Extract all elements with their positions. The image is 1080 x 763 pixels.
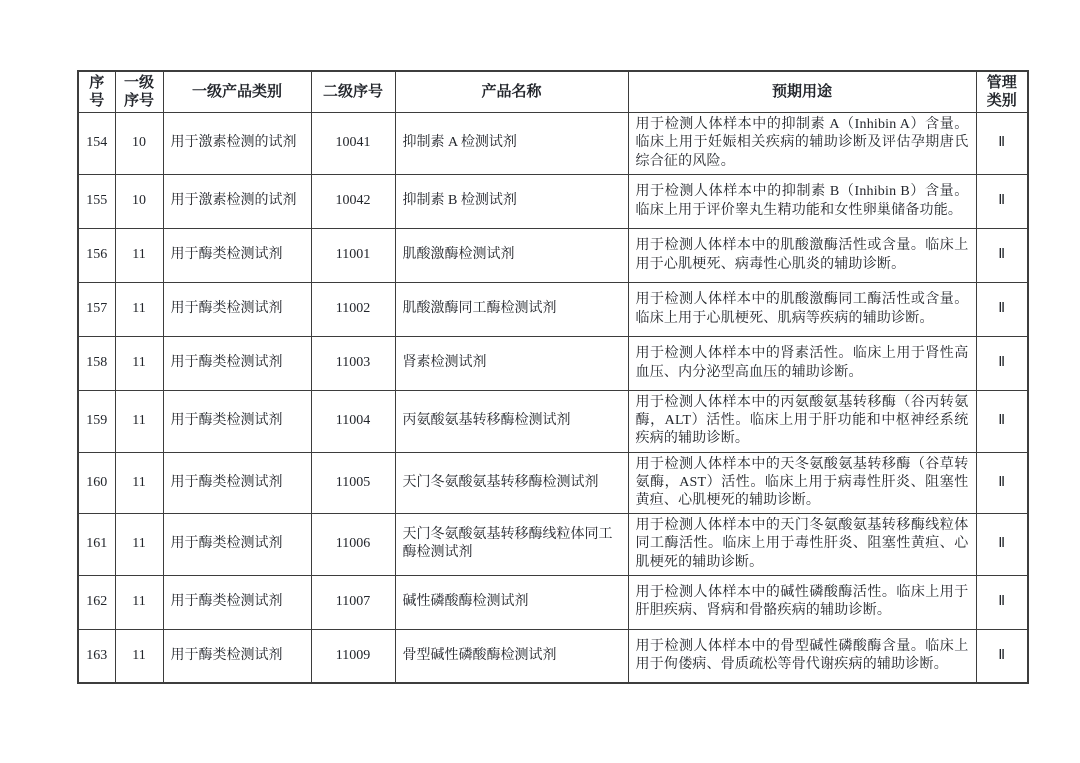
cell-level2-no: 10041 bbox=[311, 113, 395, 175]
cell-level1-no: 11 bbox=[115, 452, 163, 514]
cell-serial-no: 157 bbox=[78, 283, 115, 337]
cell-intended-use: 用于检测人体样本中的肌酸激酶活性或含量。临床上用于心肌梗死、病毒性心肌炎的辅助诊… bbox=[628, 229, 976, 283]
cell-level1-no: 10 bbox=[115, 113, 163, 175]
col-header-product-name: 产品名称 bbox=[395, 71, 628, 113]
table-row: 161 11 用于酶类检测试剂 11006 天门冬氨酸氨基转移酶线粒体同工酶检测… bbox=[78, 514, 1028, 576]
cell-product-name: 肌酸激酶同工酶检测试剂 bbox=[395, 283, 628, 337]
cell-level1-no: 11 bbox=[115, 229, 163, 283]
header-row: 序号 一级序号 一级产品类别 二级序号 产品名称 预期用途 管理类别 bbox=[78, 71, 1028, 113]
table-row: 159 11 用于酶类检测试剂 11004 丙氨酸氨基转移酶检测试剂 用于检测人… bbox=[78, 391, 1028, 453]
col-header-management-class: 管理类别 bbox=[976, 71, 1028, 113]
cell-intended-use: 用于检测人体样本中的碱性磷酸酶活性。临床上用于肝胆疾病、肾病和骨骼疾病的辅助诊断… bbox=[628, 575, 976, 629]
cell-serial-no: 154 bbox=[78, 113, 115, 175]
cell-level1-category: 用于酶类检测试剂 bbox=[163, 391, 311, 453]
cell-serial-no: 159 bbox=[78, 391, 115, 453]
table-row: 155 10 用于激素检测的试剂 10042 抑制素 B 检测试剂 用于检测人体… bbox=[78, 175, 1028, 229]
cell-level2-no: 11006 bbox=[311, 514, 395, 576]
cell-management-class: Ⅱ bbox=[976, 283, 1028, 337]
cell-level1-category: 用于激素检测的试剂 bbox=[163, 175, 311, 229]
cell-intended-use: 用于检测人体样本中的天冬氨酸氨基转移酶（谷草转氨酶，AST）活性。临床上用于病毒… bbox=[628, 452, 976, 514]
cell-level1-category: 用于酶类检测试剂 bbox=[163, 337, 311, 391]
cell-serial-no: 163 bbox=[78, 629, 115, 683]
cell-product-name: 肌酸激酶检测试剂 bbox=[395, 229, 628, 283]
cell-management-class: Ⅱ bbox=[976, 629, 1028, 683]
cell-level1-category: 用于酶类检测试剂 bbox=[163, 283, 311, 337]
cell-level2-no: 11009 bbox=[311, 629, 395, 683]
cell-management-class: Ⅱ bbox=[976, 575, 1028, 629]
col-header-intended-use: 预期用途 bbox=[628, 71, 976, 113]
cell-intended-use: 用于检测人体样本中的肾素活性。临床上用于肾性高血压、内分泌型高血压的辅助诊断。 bbox=[628, 337, 976, 391]
cell-level2-no: 10042 bbox=[311, 175, 395, 229]
cell-level2-no: 11004 bbox=[311, 391, 395, 453]
cell-level2-no: 11002 bbox=[311, 283, 395, 337]
col-header-level2-no: 二级序号 bbox=[311, 71, 395, 113]
cell-management-class: Ⅱ bbox=[976, 452, 1028, 514]
cell-intended-use: 用于检测人体样本中的天门冬氨酸氨基转移酶线粒体同工酶活性。临床上用于毒性肝炎、阻… bbox=[628, 514, 976, 576]
cell-intended-use: 用于检测人体样本中的抑制素 B（Inhibin B）含量。临床上用于评价睾丸生精… bbox=[628, 175, 976, 229]
table-body: 154 10 用于激素检测的试剂 10041 抑制素 A 检测试剂 用于检测人体… bbox=[78, 113, 1028, 684]
cell-intended-use: 用于检测人体样本中的丙氨酸氨基转移酶（谷丙转氨酶，ALT）活性。临床上用于肝功能… bbox=[628, 391, 976, 453]
cell-product-name: 抑制素 B 检测试剂 bbox=[395, 175, 628, 229]
cell-serial-no: 162 bbox=[78, 575, 115, 629]
cell-management-class: Ⅱ bbox=[976, 337, 1028, 391]
cell-level1-no: 11 bbox=[115, 283, 163, 337]
cell-serial-no: 160 bbox=[78, 452, 115, 514]
cell-level1-category: 用于激素检测的试剂 bbox=[163, 113, 311, 175]
col-header-serial-no: 序号 bbox=[78, 71, 115, 113]
cell-management-class: Ⅱ bbox=[976, 514, 1028, 576]
cell-level1-category: 用于酶类检测试剂 bbox=[163, 629, 311, 683]
cell-level1-no: 11 bbox=[115, 391, 163, 453]
cell-level1-no: 11 bbox=[115, 337, 163, 391]
col-header-level1-no: 一级序号 bbox=[115, 71, 163, 113]
cell-serial-no: 155 bbox=[78, 175, 115, 229]
cell-level2-no: 11007 bbox=[311, 575, 395, 629]
table-row: 154 10 用于激素检测的试剂 10041 抑制素 A 检测试剂 用于检测人体… bbox=[78, 113, 1028, 175]
cell-level1-no: 11 bbox=[115, 575, 163, 629]
cell-level1-no: 11 bbox=[115, 514, 163, 576]
cell-intended-use: 用于检测人体样本中的肌酸激酶同工酶活性或含量。临床上用于心肌梗死、肌病等疾病的辅… bbox=[628, 283, 976, 337]
cell-serial-no: 158 bbox=[78, 337, 115, 391]
cell-product-name: 碱性磷酸酶检测试剂 bbox=[395, 575, 628, 629]
cell-level2-no: 11003 bbox=[311, 337, 395, 391]
cell-level1-no: 11 bbox=[115, 629, 163, 683]
cell-management-class: Ⅱ bbox=[976, 113, 1028, 175]
cell-product-name: 天门冬氨酸氨基转移酶检测试剂 bbox=[395, 452, 628, 514]
cell-level1-category: 用于酶类检测试剂 bbox=[163, 452, 311, 514]
cell-level1-category: 用于酶类检测试剂 bbox=[163, 575, 311, 629]
cell-product-name: 肾素检测试剂 bbox=[395, 337, 628, 391]
cell-product-name: 天门冬氨酸氨基转移酶线粒体同工酶检测试剂 bbox=[395, 514, 628, 576]
col-header-level1-category: 一级产品类别 bbox=[163, 71, 311, 113]
cell-serial-no: 156 bbox=[78, 229, 115, 283]
cell-intended-use: 用于检测人体样本中的抑制素 A（Inhibin A）含量。临床上用于妊娠相关疾病… bbox=[628, 113, 976, 175]
cell-intended-use: 用于检测人体样本中的骨型碱性磷酸酶含量。临床上用于佝偻病、骨质疏松等骨代谢疾病的… bbox=[628, 629, 976, 683]
cell-level1-category: 用于酶类检测试剂 bbox=[163, 229, 311, 283]
cell-product-name: 抑制素 A 检测试剂 bbox=[395, 113, 628, 175]
product-classification-table: 序号 一级序号 一级产品类别 二级序号 产品名称 预期用途 管理类别 154 1… bbox=[77, 70, 1029, 684]
document-page: 序号 一级序号 一级产品类别 二级序号 产品名称 预期用途 管理类别 154 1… bbox=[0, 0, 1080, 763]
cell-level1-category: 用于酶类检测试剂 bbox=[163, 514, 311, 576]
table-row: 160 11 用于酶类检测试剂 11005 天门冬氨酸氨基转移酶检测试剂 用于检… bbox=[78, 452, 1028, 514]
table-row: 162 11 用于酶类检测试剂 11007 碱性磷酸酶检测试剂 用于检测人体样本… bbox=[78, 575, 1028, 629]
table-row: 163 11 用于酶类检测试剂 11009 骨型碱性磷酸酶检测试剂 用于检测人体… bbox=[78, 629, 1028, 683]
cell-product-name: 骨型碱性磷酸酶检测试剂 bbox=[395, 629, 628, 683]
cell-management-class: Ⅱ bbox=[976, 175, 1028, 229]
table-row: 157 11 用于酶类检测试剂 11002 肌酸激酶同工酶检测试剂 用于检测人体… bbox=[78, 283, 1028, 337]
cell-level2-no: 11001 bbox=[311, 229, 395, 283]
table-row: 156 11 用于酶类检测试剂 11001 肌酸激酶检测试剂 用于检测人体样本中… bbox=[78, 229, 1028, 283]
cell-level2-no: 11005 bbox=[311, 452, 395, 514]
table-row: 158 11 用于酶类检测试剂 11003 肾素检测试剂 用于检测人体样本中的肾… bbox=[78, 337, 1028, 391]
cell-serial-no: 161 bbox=[78, 514, 115, 576]
cell-product-name: 丙氨酸氨基转移酶检测试剂 bbox=[395, 391, 628, 453]
cell-management-class: Ⅱ bbox=[976, 229, 1028, 283]
cell-management-class: Ⅱ bbox=[976, 391, 1028, 453]
cell-level1-no: 10 bbox=[115, 175, 163, 229]
